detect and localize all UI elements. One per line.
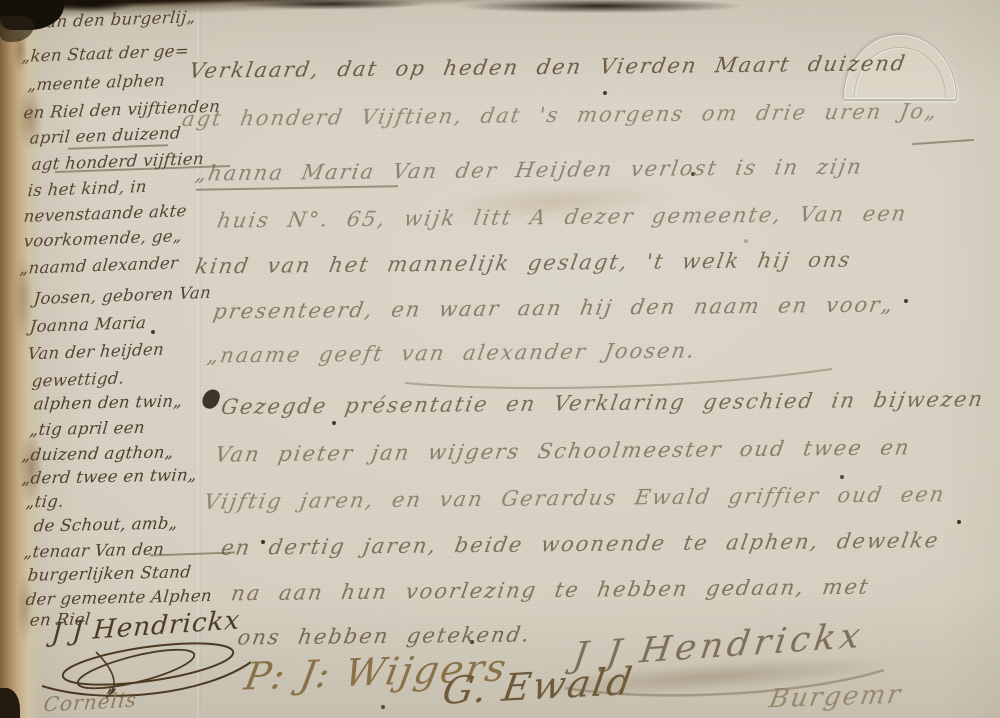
body-line: Verklaard, dat op heden den Vierden Maar… — [187, 51, 908, 82]
body-line: „hanna Maria Van der Heijden verlost is … — [193, 155, 864, 186]
bottom-left-binding-corner — [0, 688, 20, 718]
underline-mark — [196, 185, 398, 191]
margin-line: „duizend agthon„ — [21, 442, 175, 464]
margin-line: alphen den twin„ — [33, 391, 183, 413]
margin-line: „naamd alexander — [19, 253, 179, 278]
margin-line: „meente alphen — [27, 71, 166, 95]
body-line: presenteerd, en waar aan hij den naam en… — [211, 292, 896, 323]
margin-line: „tenaar Van den — [23, 540, 165, 562]
body-line: agt honderd Vijftien, dat 's morgens om … — [180, 99, 940, 131]
margin-line: Van der heijden — [27, 340, 165, 364]
body-line: en dertig jaren, beide woonende te alphe… — [219, 528, 941, 560]
margin-line: burgerlijken Stand — [27, 562, 192, 584]
margin-line: der gemeente Alphen — [25, 586, 213, 609]
body-line: huis N°. 65, wijk litt A dezer gemeente,… — [215, 201, 909, 232]
document-page: Van den burgerlij„ „ken Staat der ge= „m… — [0, 0, 1000, 718]
signature-bottom-left: Cornelis — [42, 688, 138, 717]
signature-witness-clerk: G. Ewald — [440, 659, 637, 713]
body-line: Vijftig jaren, en van Gerardus Ewald gri… — [202, 482, 947, 514]
margin-line: „ken Staat der ge= — [21, 41, 190, 66]
body-line: Van pieter jan wijgers Schoolmeester oud… — [213, 435, 912, 466]
body-line: kind van het mannelijk geslagt, 't welk … — [193, 248, 853, 279]
margin-line: Joanna Maria — [29, 313, 147, 336]
underline-mark — [912, 139, 974, 145]
margin-line: „derd twee en twin„ — [21, 465, 198, 488]
margin-line: Joosen, geboren Van — [33, 283, 212, 308]
body-line: „naame geeft van alexander Joosen. — [206, 338, 698, 367]
margin-line: is het kind, in — [27, 177, 148, 200]
swash-flourish — [400, 365, 840, 393]
margin-line: „tig april een — [29, 418, 146, 439]
margin-line: de Schout, amb„ — [33, 513, 179, 535]
ink-blot — [200, 387, 221, 411]
signature-title-abbrev: Burgemr — [767, 680, 905, 715]
top-page-edge — [0, 0, 1000, 22]
body-line: na aan hun voorlezing te hebben gedaan, … — [229, 575, 871, 606]
margin-line: nevenstaande akte — [23, 201, 188, 226]
top-left-shadow — [0, 16, 34, 42]
margin-line: voorkomende, ge„ — [23, 226, 183, 250]
margin-line: gewettigd. — [31, 368, 125, 390]
margin-line: „tig. — [25, 492, 65, 512]
